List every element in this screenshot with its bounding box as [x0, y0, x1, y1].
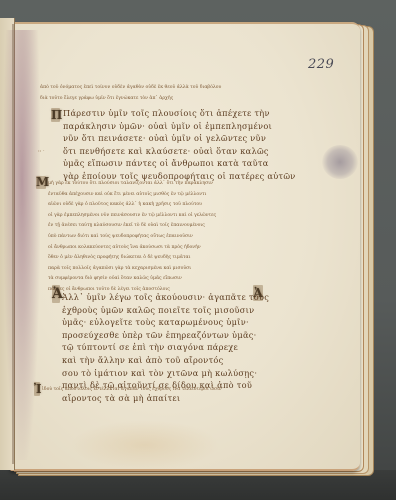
text-line: οἱ ἄνθρωποι κολακεύοντες αὐτοὺς ἵνα ἀκού…	[48, 243, 328, 254]
main-text-block-1: Πάρεστιν ὑμῖν τοῖς πλουσίοις ὅτι ἀπέχετε…	[63, 107, 323, 183]
binding-gutter	[12, 24, 14, 464]
text-line: ἐνταῦθα ἀπέχουσιν καὶ οὐκ ἔτι μένει αὐτο…	[48, 190, 328, 201]
text-line: ἰδοὺ τοῖς ἀποστόλοις ἐντέλλεται ἀγαπᾶν τ…	[42, 385, 282, 396]
text-line: Πάρεστιν ὑμῖν τοῖς πλουσίοις ὅτι ἀπέχετε…	[63, 107, 323, 120]
text-line: σου τὸ ἱμάτιον καὶ τὸν χιτῶνα μὴ κωλύσῃς…	[62, 367, 292, 380]
text-line: αἰῶνι οὐδὲ γὰρ ὁ πλοῦτος κακὸς ἀλλ᾽ ἡ κα…	[48, 200, 328, 211]
text-line: παρὰ τοῖς πολλοῖς ἀγαπῶσι γὰρ τὰ κεχαρισ…	[48, 264, 328, 275]
foxing-stain	[70, 420, 220, 470]
text-line: ὅτι πενθήσετε καὶ κλαύσετε· οὐαὶ ὅταν κα…	[63, 145, 323, 158]
text-line: τῷ τύπτοντί σε ἐπὶ τὴν σιαγόνα πάρεχε	[62, 341, 292, 354]
folio-number: 229	[308, 57, 334, 72]
text-line: νῦν ὅτι πεινάσετε· οὐαὶ ὑμῖν οἱ γελῶντες…	[63, 132, 323, 145]
initial-pi: Π	[51, 108, 60, 122]
text-line: ὑμᾶς εἴπωσιν πάντες οἱ ἄνθρωποι κατὰ ταῦ…	[63, 157, 323, 170]
initial-iota: Ἰ	[34, 382, 40, 396]
text-line: καὶ τὴν ἄλλην καὶ ἀπὸ τοῦ αἴροντός	[62, 354, 292, 367]
commentary-block-top: ἀπὸ τοῦ ὀνόματος ἐπεὶ τοίνυν οὐδὲν ἀγαθὸ…	[40, 83, 330, 104]
initial-mu: Μ	[36, 176, 46, 189]
ink-stain	[322, 145, 358, 179]
margin-mark: :: ·	[38, 148, 45, 154]
text-line: παράκλησιν ὑμῶν· οὐαὶ ὑμῖν οἱ ἐμπεπλησμέ…	[63, 120, 323, 133]
text-line: μὴ γὰρ ἐκ τούτου ὅτι πλούσιοι ταλανίζοντ…	[48, 179, 328, 190]
text-line: ἐχθροὺς ὑμῶν καλῶς ποιεῖτε τοῖς μισοῦσιν	[62, 304, 292, 317]
commentary-block-bottom: ἰδοὺ τοῖς ἀποστόλοις ἐντέλλεται ἀγαπᾶν τ…	[42, 385, 282, 396]
text-line: διὰ τοῦτο ἔλεγε γράφω ὑμῖν ὅτι ἐγνώκατε …	[40, 94, 330, 105]
text-line: ἐν τῇ ἀνέσει ταύτῃ κλαύσουσιν ἐκεῖ τὸ δὲ…	[48, 221, 328, 232]
text-line: ὅθεν ὁ μὲν ἀληθινὸς προφήτης διώκεται ὁ …	[48, 253, 328, 264]
initial-alpha: Ἀ	[52, 285, 60, 303]
commentary-block-middle: μὴ γὰρ ἐκ τούτου ὅτι πλούσιοι ταλανίζοντ…	[48, 179, 328, 296]
text-line: τὰ συμφέροντα διὸ φησὶν οὐαὶ ὅταν καλῶς …	[48, 274, 328, 285]
text-line: ὑπὸ πάντων διότι καὶ τοὺς ψευδοπροφήτας …	[48, 232, 328, 243]
text-line: οἱ γὰρ ἐμπεπλησμένοι νῦν πεινάσουσιν ἐν …	[48, 211, 328, 222]
text-line: Ἀλλ᾽ ὑμῖν λέγω τοῖς ἀκούουσιν· ἀγαπᾶτε τ…	[62, 291, 292, 304]
text-line: ὑμᾶς· εὐλογεῖτε τοὺς καταρωμένους ὑμῖν·	[62, 316, 292, 329]
text-line: προσεύχεσθε ὑπὲρ τῶν ἐπηρεαζόντων ὑμᾶς·	[62, 329, 292, 342]
text-line: ἀπὸ τοῦ ὀνόματος ἐπεὶ τοίνυν οὐδὲν ἀγαθὸ…	[40, 83, 330, 94]
